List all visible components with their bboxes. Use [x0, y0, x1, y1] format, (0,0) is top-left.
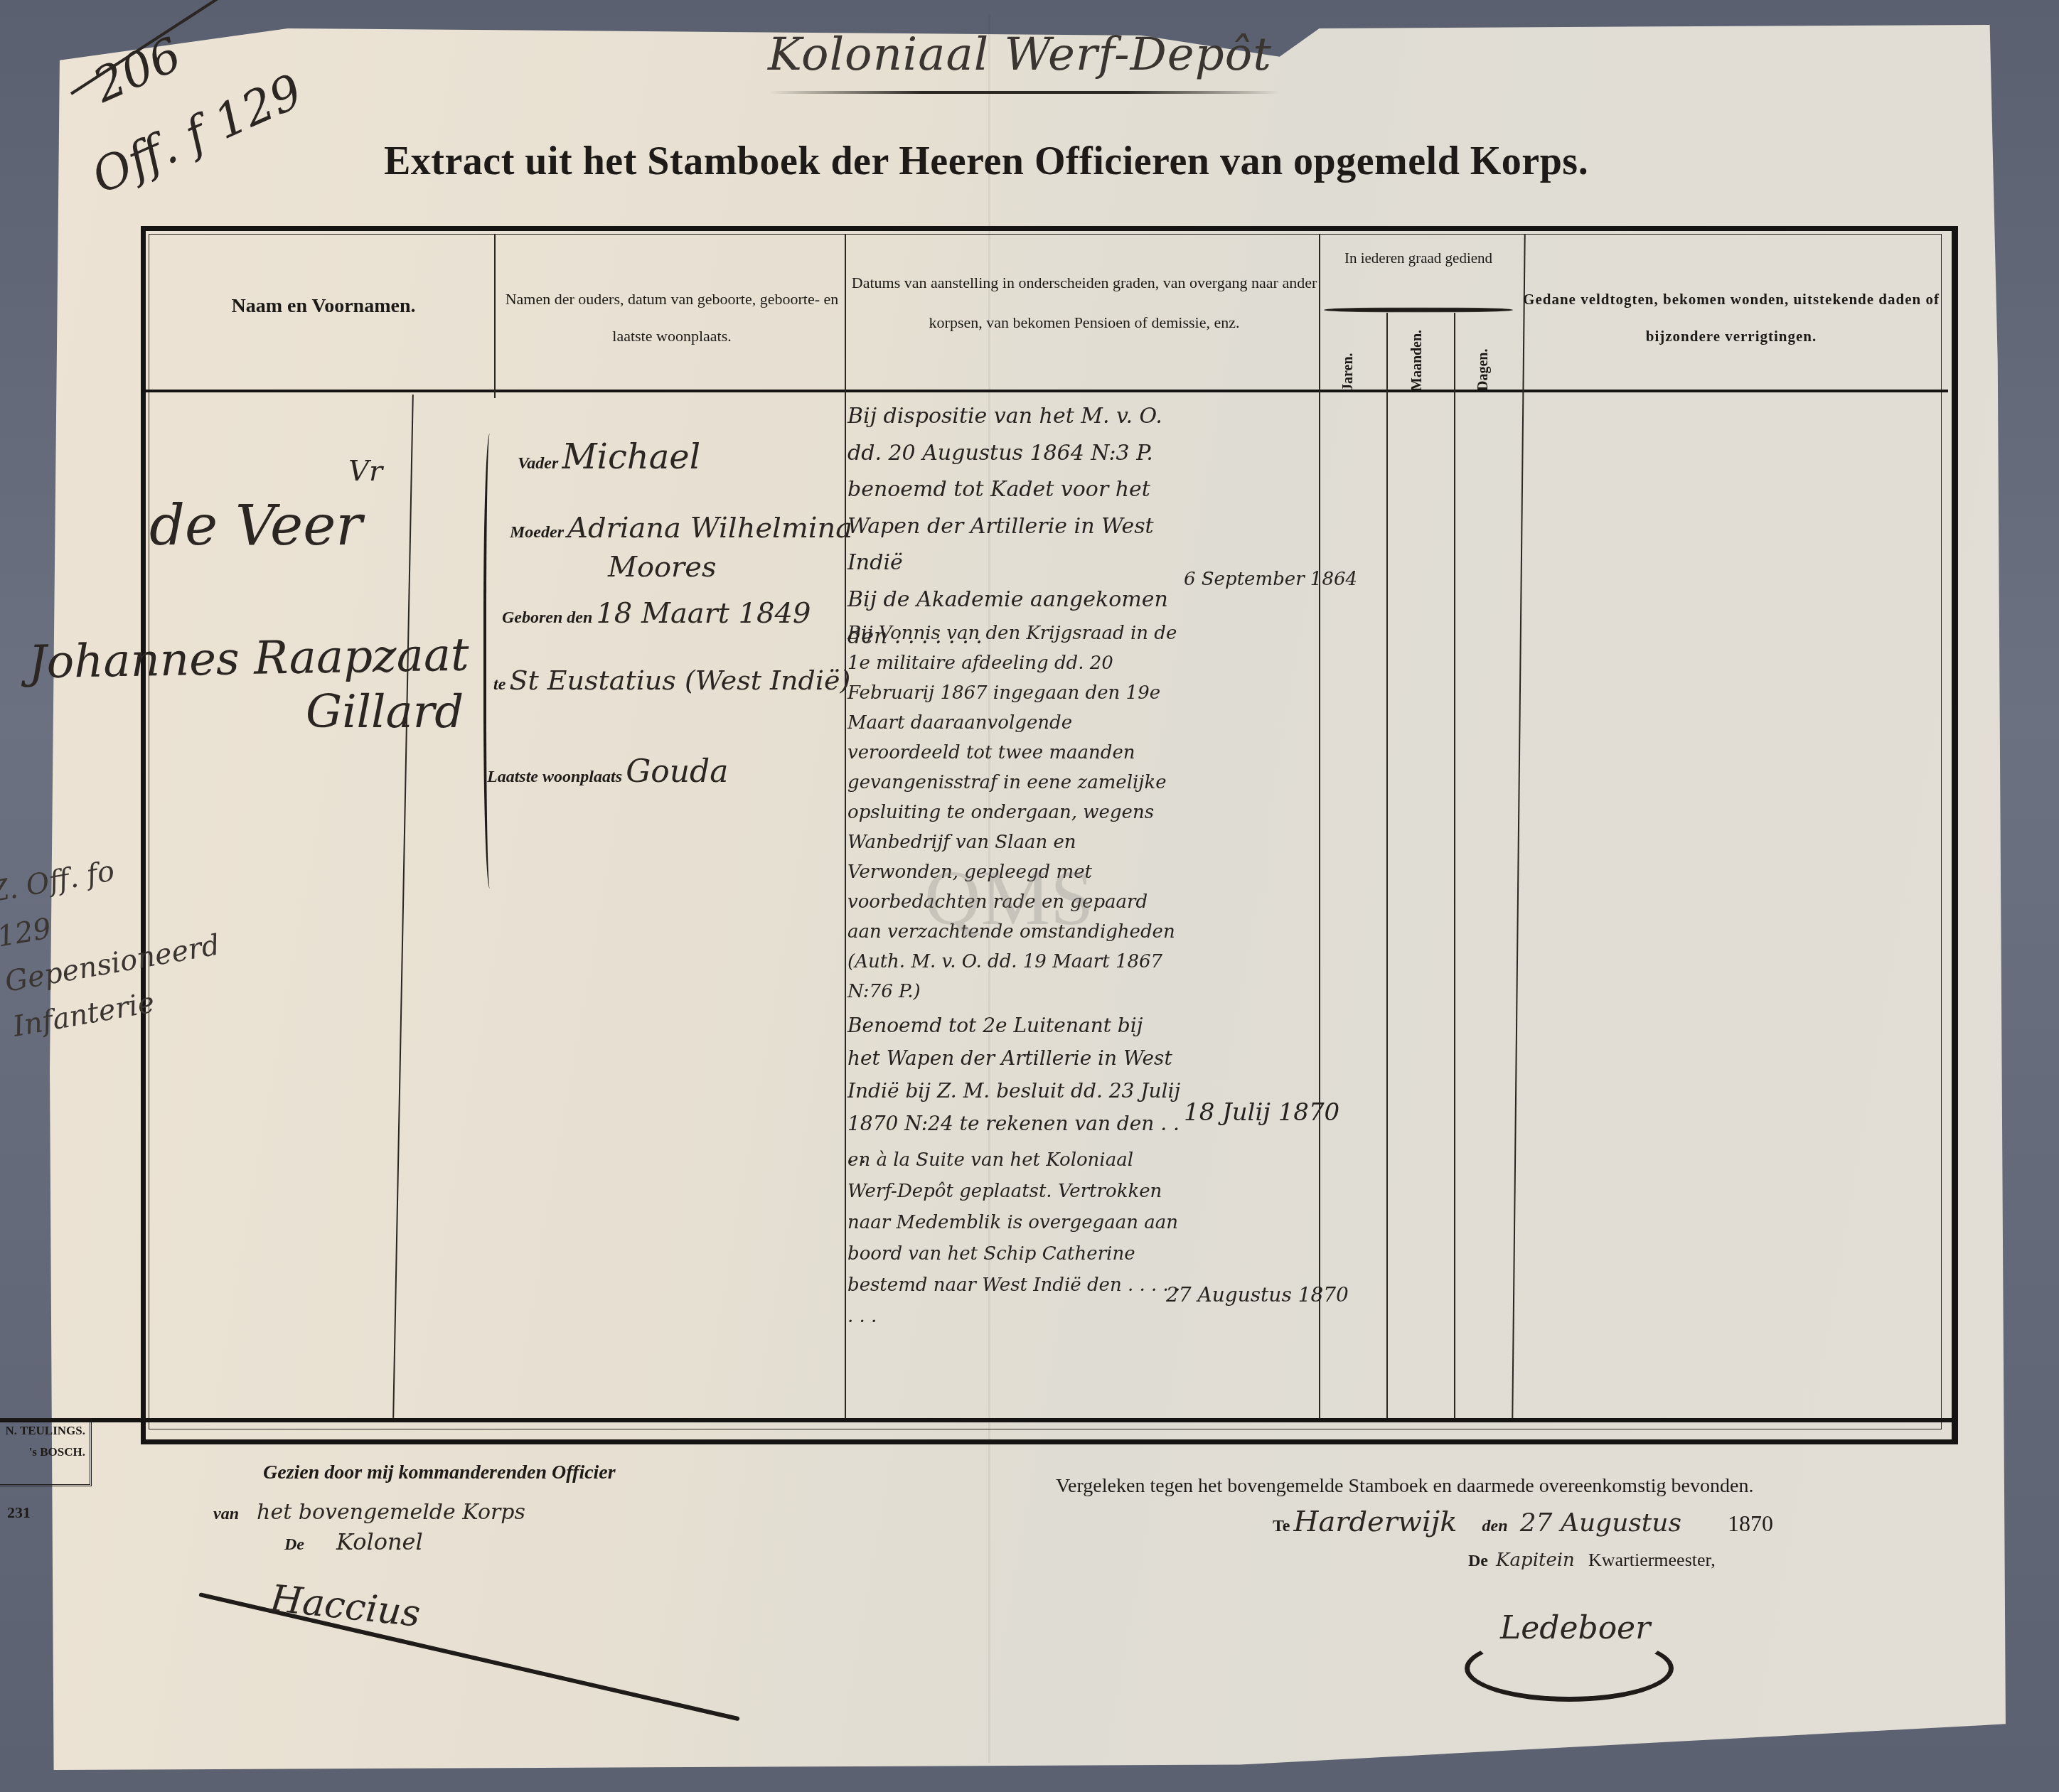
surname-prefix-note: Vr — [348, 455, 383, 488]
van-value: het bovengemelde Korps — [257, 1500, 525, 1525]
woonplaats-label: Laatste woonplaats — [487, 768, 622, 786]
role-prefix: De — [1468, 1552, 1488, 1570]
te-label-footer: Te — [1273, 1517, 1290, 1535]
role-printed: Kwartiermeester, — [1588, 1550, 1716, 1570]
birthplace-value: St Eustatius (West Indië) — [509, 665, 850, 696]
printer-number: 231 — [7, 1503, 31, 1522]
right-signature: Ledeboer — [1500, 1610, 1650, 1646]
header-brace — [1324, 307, 1513, 313]
year-value: 1870 — [1728, 1511, 1773, 1536]
col-rule-2 — [845, 235, 846, 1418]
vader-value: Michael — [562, 437, 700, 477]
service-date-2: 6 September 1864 — [1184, 569, 1357, 590]
birthplace-row: te St Eustatius (West Indië) — [493, 665, 850, 696]
role-handwritten: Kapitein — [1496, 1550, 1575, 1571]
header-naam: Naam en Voornamen. — [153, 295, 494, 318]
col-rule-maanden — [1454, 313, 1455, 1418]
header-maanden: Maanden. — [1409, 320, 1426, 391]
geboren-label: Geboren den — [502, 608, 592, 627]
document-title: Extract uit het Stamboek der Heeren Offi… — [384, 139, 1588, 184]
footer-verification-text: Vergeleken tegen het bovengemelde Stambo… — [1056, 1475, 1753, 1498]
footer-divider — [0, 1418, 1952, 1422]
header-gedane: Gedane veldtogten, bekomen wonden, uitst… — [1521, 281, 1941, 355]
watermark: QMS — [924, 853, 1093, 943]
header-jaren: Jaren. — [1340, 320, 1357, 391]
geboren-row: Geboren den 18 Maart 1849 — [502, 597, 811, 630]
footer-role-row: De Kapitein Kwartiermeester, — [1468, 1550, 1716, 1571]
footer-de-row: De Kolonel — [284, 1528, 423, 1555]
col-rule-1-head — [494, 235, 496, 398]
corps-heading: Koloniaal Werf-Depôt — [768, 28, 1272, 81]
de-value: Kolonel — [336, 1528, 423, 1555]
footer-left-heading: Gezien door mij kommanderenden Officier — [263, 1461, 616, 1484]
printer-city: 's BOSCH. — [0, 1442, 85, 1463]
te-label: te — [493, 675, 506, 694]
moeder-value-continued: Moores — [608, 551, 716, 584]
header-datums: Datums van aanstelling in onderscheiden … — [850, 263, 1319, 343]
woonplaats-value: Gouda — [626, 753, 728, 790]
col-rule-3 — [1319, 235, 1320, 1418]
parents-brace — [483, 434, 499, 889]
service-entry-3: Bij Vonnis van den Krijgsraad in de 1e m… — [847, 618, 1182, 1007]
woonplaats-row: Laatste woonplaats Gouda — [487, 753, 729, 790]
first-names: Johannes Raapzaat — [28, 629, 469, 690]
printer-name: N. TEULINGS. — [0, 1420, 85, 1442]
vader-row: Vader Michael — [518, 437, 700, 477]
service-date-4: 18 Julij 1870 — [1184, 1098, 1339, 1127]
printer-stamp: N. TEULINGS. 's BOSCH. — [0, 1418, 92, 1486]
surname: de Veer — [149, 494, 363, 558]
first-names-continued: Gillard — [306, 686, 464, 739]
place-value: Harderwijk — [1294, 1506, 1458, 1538]
header-ouders: Namen der ouders, datum van geboorte, ge… — [501, 281, 843, 355]
header-graad: In iederen graad gediend — [1322, 245, 1514, 271]
van-label: van — [213, 1505, 239, 1523]
heading-flourish — [768, 91, 1280, 94]
footer-van-row: van het bovengemelde Korps — [213, 1500, 525, 1525]
header-divider — [146, 390, 1948, 392]
den-label: den — [1482, 1517, 1508, 1535]
col-rule-jaren — [1386, 313, 1388, 1418]
geboren-value: 18 Maart 1849 — [596, 597, 811, 630]
moeder-row: Moeder Adriana Wilhelmina — [510, 512, 852, 544]
margin-annotation: Z. Off. fo 129 Gepensioneerd Infanterie — [0, 838, 199, 1049]
moeder-label: Moeder — [510, 523, 564, 542]
vader-label: Vader — [518, 454, 558, 473]
de-label: De — [284, 1535, 304, 1554]
service-entry-5: en à la Suite van het Koloniaal Werf-Dep… — [847, 1144, 1182, 1332]
header-dagen: Dagen. — [1475, 320, 1492, 391]
service-date-5: 27 Augustus 1870 — [1166, 1283, 1349, 1307]
footer-place-date-row: Te Harderwijk den 27 Augustus 1870 — [1273, 1506, 1773, 1538]
date-value: 27 Augustus — [1520, 1508, 1681, 1538]
moeder-value: Adriana Wilhelmina — [567, 512, 852, 544]
service-entry-1: Bij dispositie van het M. v. O. dd. 20 A… — [847, 398, 1182, 581]
